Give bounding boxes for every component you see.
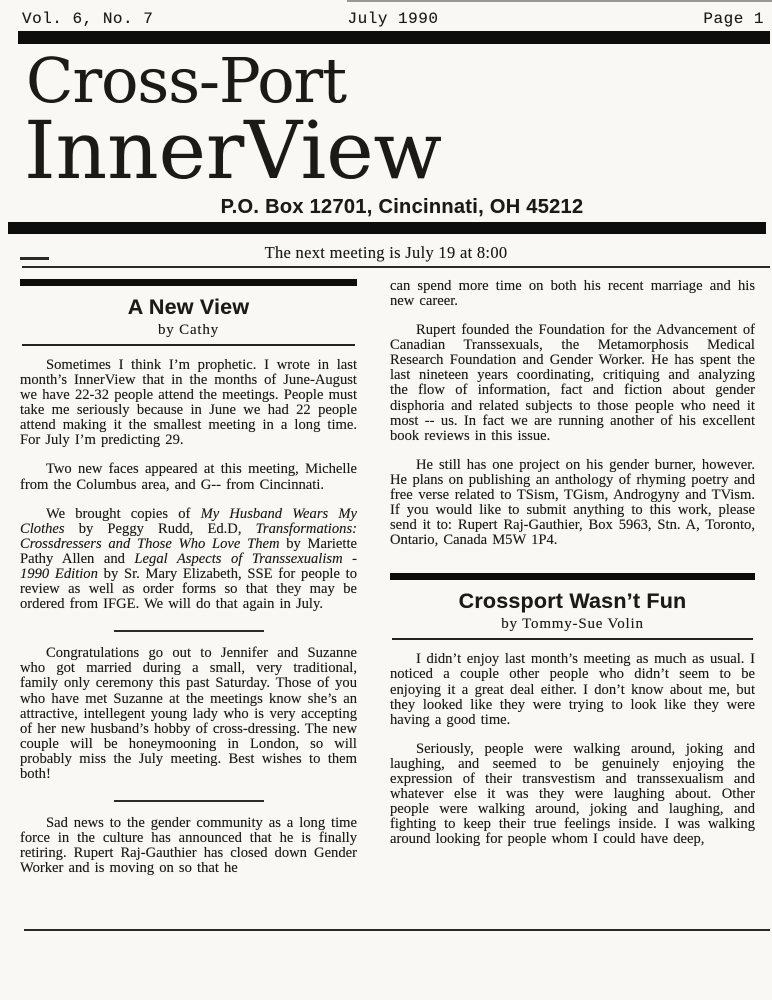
article-paragraph: Two new faces appeared at this meeting, …: [20, 462, 357, 492]
masthead: Cross-Port InnerView P.O. Box 12701, Cin…: [0, 52, 772, 219]
article-paragraph: He still has one project on his gender b…: [390, 458, 755, 549]
newsletter-title-line2: InnerView: [24, 111, 772, 191]
article-paragraph: can spend more time on both his recent m…: [390, 279, 755, 309]
article-title-a-new-view: A New View: [20, 295, 357, 320]
article-byline: by Cathy: [20, 322, 357, 339]
article-header-rule: [392, 638, 753, 640]
two-column-layout: A New View by Cathy Sometimes I think I’…: [0, 279, 772, 877]
article-title-crossport-wasnt-fun: Crossport Wasn’t Fun: [390, 589, 755, 614]
masthead-rule: [8, 222, 766, 234]
article-paragraph: I didn’t enjoy last month’s meeting as m…: [390, 652, 755, 727]
section-divider: [114, 800, 264, 802]
article-paragraph: Sometimes I think I’m prophetic. I wrote…: [20, 358, 357, 449]
article-paragraph: Sad news to the gender community as a lo…: [20, 816, 357, 876]
scan-dash-artifact: [20, 257, 49, 260]
mailing-address: P.O. Box 12701, Cincinnati, OH 45212: [16, 196, 772, 219]
right-column: can spend more time on both his recent m…: [390, 279, 755, 877]
scan-edge-artifact: [347, 0, 772, 2]
article-paragraph: We brought copies of My Husband Wears My…: [20, 507, 357, 613]
article-paragraph: Rupert founded the Foundation for the Ad…: [390, 323, 755, 444]
article-header-bar: [20, 279, 357, 286]
header-rule: [18, 31, 770, 44]
newsletter-title-line1: Cross-Port: [26, 52, 772, 111]
article-continuation-body: can spend more time on both his recent m…: [390, 279, 755, 549]
article-body: I didn’t enjoy last month’s meeting as m…: [390, 652, 755, 847]
volume-label: Vol. 6, No. 7: [22, 10, 348, 28]
page-bottom-rule: [24, 929, 770, 931]
section-divider: [114, 630, 264, 632]
page-number-label: Page 1: [438, 10, 764, 28]
article-header-bar: [390, 573, 755, 580]
issue-date-label: July 1990: [348, 10, 439, 28]
article-body: Sometimes I think I’m prophetic. I wrote…: [20, 358, 357, 877]
page-header: Vol. 6, No. 7 July 1990 Page 1: [0, 0, 772, 28]
meeting-notice: The next meeting is July 19 at 8:00: [0, 243, 772, 263]
article-paragraph: Seriously, people were walking around, j…: [390, 742, 755, 848]
article-paragraph: Congratulations go out to Jennifer and S…: [20, 646, 357, 782]
left-column: A New View by Cathy Sometimes I think I’…: [20, 279, 357, 877]
article-header-rule: [22, 344, 355, 346]
notice-rule: [22, 266, 770, 268]
article-byline: by Tommy-Sue Volin: [390, 616, 755, 633]
newsletter-page: Vol. 6, No. 7 July 1990 Page 1 Cross-Por…: [0, 0, 772, 1000]
